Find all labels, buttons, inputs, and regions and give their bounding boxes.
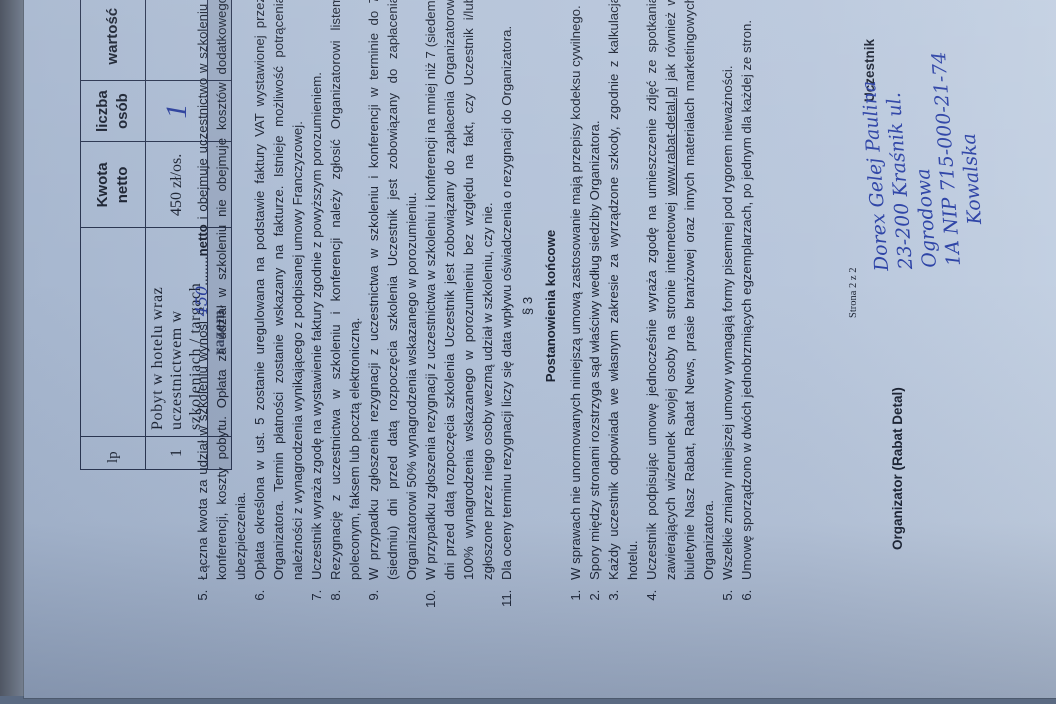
- final-clause-6: Umowę sporządzono w dwóch jednobrzmiącyc…: [737, 0, 756, 586]
- final-clause-4: Uczestnik podpisując umowę jednocześnie …: [642, 0, 718, 586]
- header-lp: lp: [81, 437, 146, 470]
- clause-5: Łączna kwota za udział w szkoleniu wynos…: [192, 0, 250, 586]
- clause-5-dots: ........: [195, 256, 210, 285]
- page-number: Strona 2 z 2: [848, 268, 859, 318]
- table-header-row: lp Kwota netto liczba osób wartość uw: [81, 0, 146, 470]
- clauses-list-part1: Łączna kwota za udział w szkoleniu wynos…: [192, 0, 516, 616]
- clause-5-netto: netto: [195, 224, 210, 256]
- section-sign: § 3: [518, 0, 537, 616]
- final-clause-5: Wszelkie zmiany niniejszej umowy wymagaj…: [718, 0, 737, 586]
- clause-6: Opłata określona w ust. 5 zostanie uregu…: [250, 0, 307, 586]
- final-clause-1: W sprawach nie unormowanych niniejszą um…: [566, 0, 585, 586]
- participant-handwritten-stamp: Dorex Gelej Paulina 23-200 Kraśnik ul. O…: [854, 34, 990, 272]
- header-value: wartość: [81, 0, 146, 80]
- clause-10: W przypadku zgłoszenia rezygnacji z ucze…: [421, 0, 497, 586]
- clauses-list-part2: W sprawach nie unormowanych niniejszą um…: [566, 0, 756, 616]
- header-description: [81, 228, 146, 437]
- contract-body: Łączna kwota za udział w szkoleniu wynos…: [192, 0, 756, 616]
- header-count: liczba osób: [81, 80, 146, 141]
- website-link[interactable]: www.rabat-detal.pl: [663, 87, 678, 195]
- clause-7: Uczestnik wyraża zgodę na wystawienie fa…: [307, 0, 326, 586]
- final-clause-2: Spory między stronami rozstrzyga sąd wła…: [585, 0, 604, 586]
- clause-5-prefix: Łączna kwota za udział w szkoleniu wynos…: [195, 316, 210, 580]
- final-clause-3: Każdy uczestnik odpowiada we własnym zak…: [604, 0, 642, 586]
- clause-11: Dla oceny terminu rezygnacji liczy się d…: [497, 0, 516, 586]
- clause-5-handwritten-amount: 450: [192, 286, 211, 317]
- organizer-signature-label: Organizator (Rabat Detal): [890, 387, 905, 550]
- clause-8: Rezygnację z uczestnictwa w szkoleniu i …: [326, 0, 364, 586]
- section-title: Postanowienia końcowe: [541, 0, 560, 616]
- document-page: lp Kwota netto liczba osób wartość uw 1 …: [24, 0, 1056, 698]
- clause-9: W przypadku zgłoszenia rezygnacji z ucze…: [364, 0, 421, 586]
- header-amount: Kwota netto: [81, 142, 146, 228]
